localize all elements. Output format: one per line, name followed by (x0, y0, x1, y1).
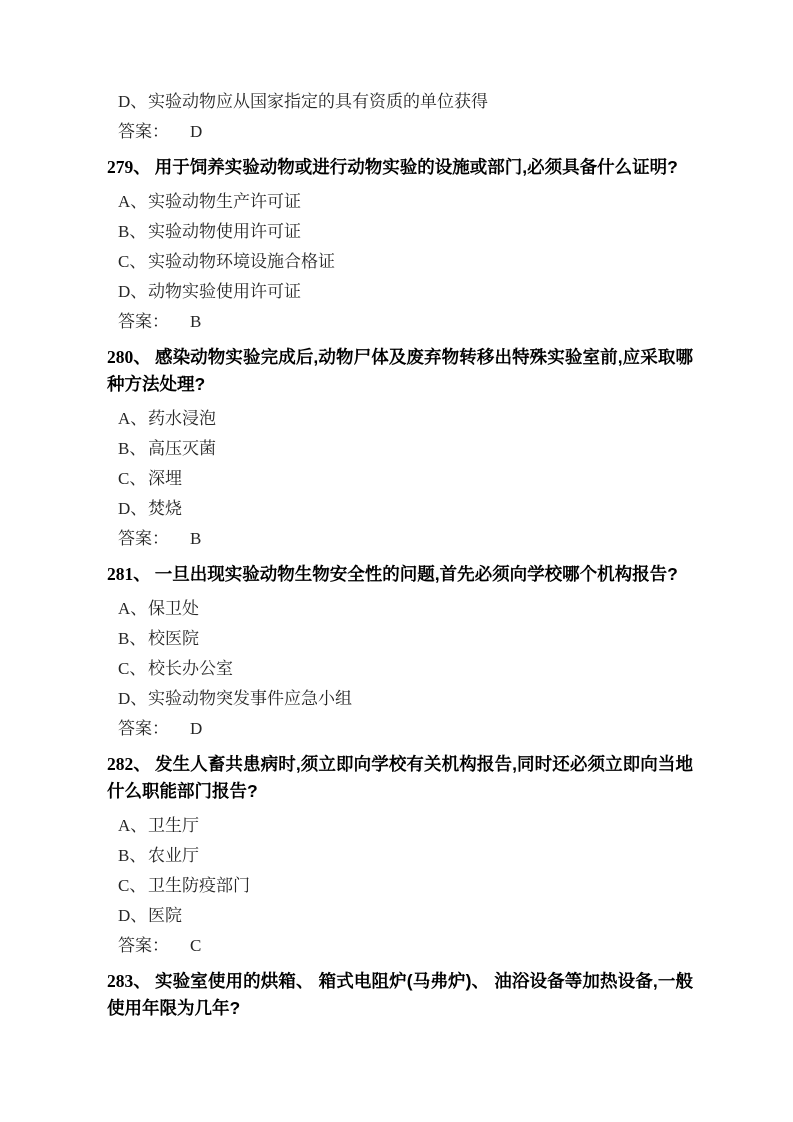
option-text: 卫生厅 (148, 811, 693, 841)
option-row: D、 焚烧 (118, 494, 693, 524)
answer-value: C (190, 931, 693, 961)
question-279: 279、用于饲养实验动物或进行动物实验的设施或部门,必须具备什么证明? (107, 154, 693, 181)
option-text: 农业厅 (148, 841, 693, 871)
option-row: A、 实验动物生产许可证 (118, 187, 693, 217)
option-text: 实验动物生产许可证 (148, 187, 693, 217)
question-text: 感染动物实验完成后,动物尸体及废弃物转移出特殊实验室前,应采取哪种方法处理? (107, 347, 693, 394)
option-text: 保卫处 (148, 594, 693, 624)
answer-label: 答案： (118, 524, 169, 554)
option-letter: D、 (118, 494, 148, 524)
question-280: 280、感染动物实验完成后,动物尸体及废弃物转移出特殊实验室前,应采取哪种方法处… (107, 344, 693, 398)
option-text: 实验动物应从国家指定的具有资质的单位获得 (148, 87, 693, 117)
answer-value: D (190, 117, 693, 147)
option-letter: C、 (118, 247, 148, 277)
document-page: D、 实验动物应从国家指定的具有资质的单位获得 答案： D 279、用于饲养实验… (0, 0, 793, 1122)
option-row: B、 高压灭菌 (118, 434, 693, 464)
answer-value: B (190, 307, 693, 337)
answer-row: 答案： D (118, 117, 693, 147)
option-row: C、 卫生防疫部门 (118, 871, 693, 901)
option-row: C、 实验动物环境设施合格证 (118, 247, 693, 277)
option-row: A、 药水浸泡 (118, 404, 693, 434)
option-letter: D、 (118, 87, 148, 117)
option-letter: B、 (118, 434, 148, 464)
question-number: 281、 (107, 564, 151, 584)
question-number: 282、 (107, 754, 151, 774)
option-letter: C、 (118, 871, 148, 901)
question-text: 发生人畜共患病时,须立即向学校有关机构报告,同时还必须立即向当地什么职能部门报告… (107, 754, 693, 801)
option-letter: D、 (118, 901, 148, 931)
option-row: A、 卫生厅 (118, 811, 693, 841)
option-letter: D、 (118, 684, 148, 714)
question-281: 281、一旦出现实验动物生物安全性的问题,首先必须向学校哪个机构报告? (107, 561, 693, 588)
option-text: 实验动物环境设施合格证 (148, 247, 693, 277)
question-text: 用于饲养实验动物或进行动物实验的设施或部门,必须具备什么证明? (155, 157, 678, 177)
option-row: D、 实验动物突发事件应急小组 (118, 684, 693, 714)
answer-label: 答案： (118, 307, 169, 337)
option-row: D、 动物实验使用许可证 (118, 277, 693, 307)
option-text: 实验动物突发事件应急小组 (148, 684, 693, 714)
option-letter: A、 (118, 594, 148, 624)
option-text: 实验动物使用许可证 (148, 217, 693, 247)
option-text: 药水浸泡 (148, 404, 693, 434)
option-text: 校医院 (148, 624, 693, 654)
option-text: 医院 (148, 901, 693, 931)
option-letter: A、 (118, 811, 148, 841)
question-text: 实验室使用的烘箱、 箱式电阻炉(马弗炉)、 油浴设备等加热设备,一般使用年限为几… (107, 971, 693, 1018)
option-text: 动物实验使用许可证 (148, 277, 693, 307)
option-letter: B、 (118, 624, 148, 654)
option-letter: D、 (118, 277, 148, 307)
answer-row: 答案： C (118, 931, 693, 961)
option-row: C、 校长办公室 (118, 654, 693, 684)
question-number: 280、 (107, 347, 151, 367)
option-row: D、 医院 (118, 901, 693, 931)
answer-value: B (190, 524, 693, 554)
option-text: 焚烧 (148, 494, 693, 524)
option-text: 卫生防疫部门 (148, 871, 693, 901)
option-letter: A、 (118, 404, 148, 434)
answer-row: 答案： B (118, 524, 693, 554)
option-row: B、 校医院 (118, 624, 693, 654)
option-row: A、 保卫处 (118, 594, 693, 624)
option-letter: B、 (118, 217, 148, 247)
question-number: 279、 (107, 157, 151, 177)
option-row: D、 实验动物应从国家指定的具有资质的单位获得 (118, 87, 693, 117)
answer-label: 答案： (118, 714, 169, 744)
answer-label: 答案： (118, 117, 169, 147)
option-text: 校长办公室 (148, 654, 693, 684)
question-283: 283、实验室使用的烘箱、 箱式电阻炉(马弗炉)、 油浴设备等加热设备,一般使用… (107, 968, 693, 1022)
option-letter: A、 (118, 187, 148, 217)
question-text: 一旦出现实验动物生物安全性的问题,首先必须向学校哪个机构报告? (155, 564, 678, 584)
option-letter: C、 (118, 654, 148, 684)
option-row: B、 实验动物使用许可证 (118, 217, 693, 247)
answer-row: 答案： B (118, 307, 693, 337)
option-letter: C、 (118, 464, 148, 494)
option-row: B、 农业厅 (118, 841, 693, 871)
question-number: 283、 (107, 971, 151, 991)
answer-value: D (190, 714, 693, 744)
answer-row: 答案： D (118, 714, 693, 744)
option-row: C、 深埋 (118, 464, 693, 494)
option-text: 高压灭菌 (148, 434, 693, 464)
option-text: 深埋 (148, 464, 693, 494)
answer-label: 答案： (118, 931, 169, 961)
option-letter: B、 (118, 841, 148, 871)
question-282: 282、发生人畜共患病时,须立即向学校有关机构报告,同时还必须立即向当地什么职能… (107, 751, 693, 805)
